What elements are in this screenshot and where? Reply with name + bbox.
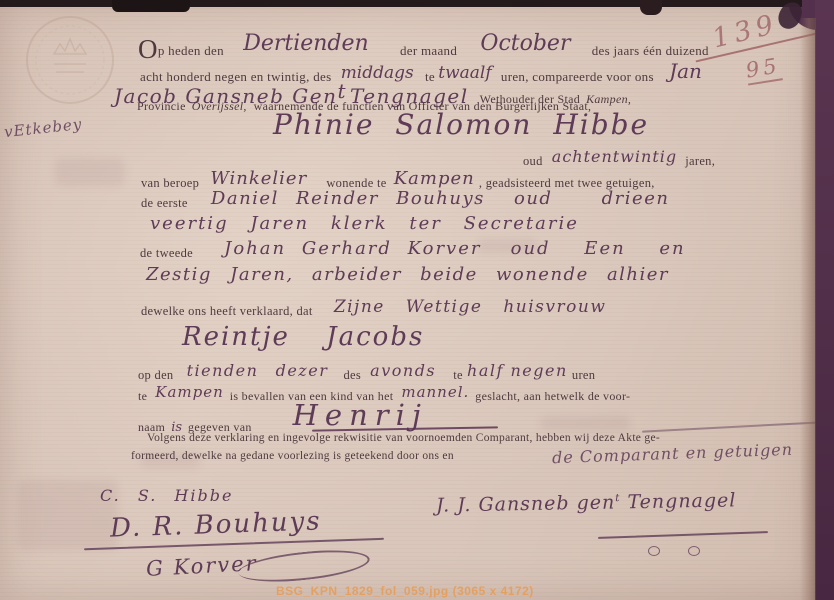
drop-cap: O — [138, 34, 158, 64]
printed-text: jaren, — [685, 154, 715, 168]
bleedthrough-mark — [540, 416, 630, 430]
printed-text: oud — [523, 154, 543, 168]
handwritten-relation: Zijne Wettige huisvrouw — [334, 297, 607, 317]
printed-text: des — [343, 368, 361, 382]
act-line-witness2: de tweede Johan Gerhard Korver oud Een e… — [140, 241, 686, 262]
act-line-age: oud achtentwintig jaren, — [523, 150, 715, 169]
printed-text: uren — [572, 368, 595, 382]
act-line-date: Op heden den Dertienden der maand Octobe… — [138, 36, 709, 61]
signature-official-surname: Tengnagel — [627, 489, 736, 513]
handwritten-residence: Kampen — [394, 168, 475, 189]
handwritten-witness1-age: oud drieen — [514, 188, 669, 209]
margin-note: vEtkebey — [3, 115, 83, 141]
signature-declarant: C. S. Hibbe — [100, 486, 233, 505]
signature-flourish — [688, 546, 700, 556]
signature-flourish — [648, 546, 660, 556]
folio-number-crossed: 139 — [709, 8, 781, 54]
backdrop-right-edge — [815, 0, 834, 600]
witness1-age-occupation: veertig Jaren klerk ter Secretarie — [150, 213, 579, 234]
document-page: 139 95 vEtkebey Op heden den Dertienden … — [0, 0, 816, 600]
handwritten-official-firstname: Jan — [669, 59, 702, 83]
signature-witness1: D. R. Bouhuys — [110, 506, 323, 543]
signature-official: J. J. Gansneb gent Tengnagel — [436, 489, 737, 516]
handwritten-birth-hour: half negen — [467, 361, 568, 380]
backdrop-top-blob — [112, 0, 190, 12]
printed-text: te — [138, 389, 147, 403]
act-line-birthdate: op den tienden dezer des avonds te half … — [138, 364, 595, 383]
page-edge-shadow — [800, 18, 816, 600]
printed-text: dewelke ons heeft verklaard, dat — [141, 304, 313, 318]
act-line-declaration: dewelke ons heeft verklaard, dat Zijne W… — [141, 300, 606, 320]
printed-text: der maand — [400, 43, 457, 58]
printed-text: de tweede — [140, 246, 193, 260]
printed-text: van beroep — [141, 176, 199, 190]
filename-watermark: BSG_KPN_1829_fol_059.jpg (3065 x 4172) — [276, 584, 534, 598]
embossed-seal-icon — [24, 14, 116, 106]
handwritten-witness1-name: Daniel Reinder Bouhuys — [211, 188, 485, 209]
bleedthrough-mark — [55, 158, 125, 186]
handwritten-witness2-age: oud Een en — [511, 238, 686, 259]
handwritten-witness2-name: Johan Gerhard Korver — [224, 238, 481, 259]
printed-city-italic: Kampen, — [586, 92, 631, 106]
handwritten-dezer: dezer — [276, 361, 329, 380]
handwritten-evening: avonds — [370, 361, 436, 380]
signature-flourish — [598, 531, 768, 539]
folio-number: 95 — [744, 53, 783, 85]
handwritten-profession: Winkelier — [210, 168, 307, 189]
printed-text: te — [453, 368, 463, 382]
declarant-name: Phinie Salomon Hibbe — [273, 108, 649, 141]
mother-name: Reintje Jacobs — [182, 322, 424, 352]
printed-text: p heden den — [158, 43, 224, 58]
printed-text: Provincie — [137, 99, 186, 113]
handwritten-day: Dertienden — [243, 31, 369, 56]
closing-line-1: Volgens deze verklaring en ingevolge rek… — [147, 432, 660, 444]
printed-province-italic: Overijssel, — [192, 99, 247, 113]
printed-text: de eerste — [141, 196, 188, 210]
handwritten-birthplace: Kampen — [155, 383, 224, 401]
printed-text: geslacht, aan hetwelk de voor- — [475, 389, 630, 403]
handwritten-birthday: tienden — [187, 361, 259, 380]
printed-text: op den — [138, 368, 173, 382]
printed-text: des jaars één duizend — [592, 43, 709, 58]
pen-flourish — [642, 421, 822, 432]
signature-superscript: t — [615, 492, 620, 504]
act-line-witness1: de eerste Daniel Reinder Bouhuys oud dri… — [141, 191, 669, 212]
signature-official-text: J. J. Gansneb gen — [436, 491, 616, 516]
child-name: Henrij — [293, 398, 428, 432]
handwritten-month: October — [480, 31, 570, 56]
witness2-age-occupation: Zestig Jaren, arbeider beide wonende alh… — [146, 264, 669, 285]
backdrop-top-blob — [640, 0, 662, 15]
signature-flourish — [237, 545, 371, 587]
handwritten-age: achtentwintig — [552, 147, 677, 166]
closing-line-2: formeerd, dewelke na gedane voorlezing i… — [131, 450, 454, 462]
